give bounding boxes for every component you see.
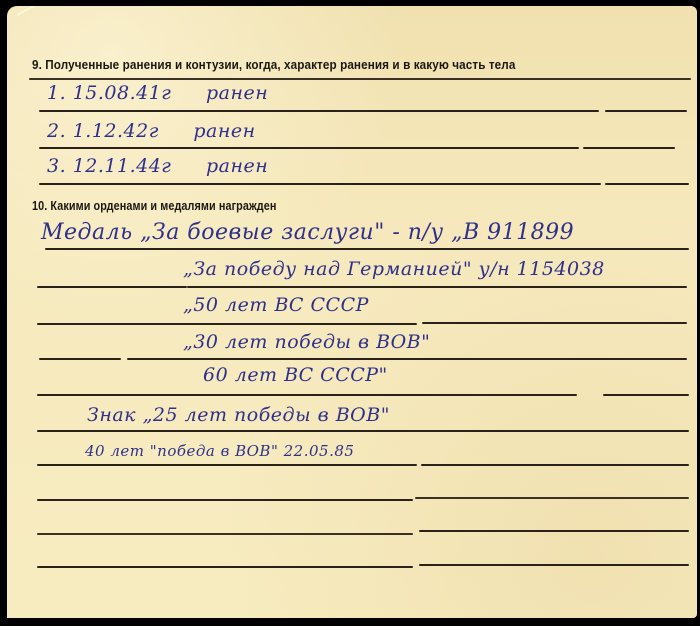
ruled-line — [127, 358, 687, 360]
wound-entry-date: 15.08.41г — [73, 82, 172, 104]
ruled-line — [37, 430, 689, 432]
ruled-line — [583, 147, 675, 149]
section-9-heading: 9. Полученные ранения и контузии, когда,… — [32, 58, 515, 72]
award-line-1: Медаль „За боевые заслуги" - п/у „В 9118… — [41, 220, 574, 245]
ruled-line — [39, 147, 579, 149]
ruled-line-empty — [37, 533, 413, 535]
award-line-6: Знак „25 лет победы в ВОВ" — [87, 404, 390, 426]
wound-entry-note: ранен — [206, 82, 268, 104]
section-10-heading: 10. Какими орденами и медалями награжден — [32, 199, 276, 213]
award-line-2: „За победу над Германией" у/н 1154038 — [183, 258, 605, 280]
wound-entry-date: 12.11.44г — [73, 155, 172, 177]
paper-crease — [17, 6, 89, 16]
wound-entry-3: 3. 12.11.44г ранен — [47, 155, 268, 177]
ruled-line — [421, 464, 689, 466]
ruled-line-empty — [37, 499, 413, 501]
award-line-5: 60 лет ВС СССР" — [203, 364, 388, 386]
ruled-line — [37, 394, 577, 396]
ruled-line — [45, 248, 689, 250]
wound-entry-date: 1.12.42г — [73, 120, 159, 142]
ruled-line-empty — [419, 530, 689, 532]
ruled-line — [187, 286, 687, 288]
ruled-line — [39, 110, 599, 112]
ruled-line — [605, 110, 687, 112]
wound-entry-2: 2. 1.12.42г ранен — [47, 120, 256, 142]
wound-entry-note: ранен — [206, 155, 268, 177]
ruled-line — [37, 286, 187, 288]
heading-underline — [29, 78, 691, 80]
ruled-line — [39, 358, 121, 360]
wound-entry-number: 3. — [47, 155, 66, 177]
ruled-line — [37, 464, 417, 466]
wound-entry-1: 1. 15.08.41г ранен — [47, 82, 268, 104]
record-card: 9. Полученные ранения и контузии, когда,… — [7, 6, 697, 618]
wound-entry-note: ранен — [193, 120, 255, 142]
award-line-4: „30 лет победы в ВОВ" — [183, 331, 430, 353]
wound-entry-number: 2. — [47, 120, 66, 142]
ruled-line-empty — [37, 566, 413, 568]
ruled-line-empty — [415, 497, 689, 499]
award-line-7: 40 лет "победа в ВОВ" 22.05.85 — [85, 442, 354, 460]
ruled-line — [422, 322, 687, 324]
ruled-line — [39, 183, 601, 185]
ruled-line — [603, 394, 689, 396]
ruled-line-empty — [419, 564, 689, 566]
wound-entry-number: 1. — [47, 82, 66, 104]
ruled-line — [605, 183, 689, 185]
award-line-3: „50 лет ВС СССР — [183, 294, 369, 316]
ruled-line — [37, 323, 417, 325]
